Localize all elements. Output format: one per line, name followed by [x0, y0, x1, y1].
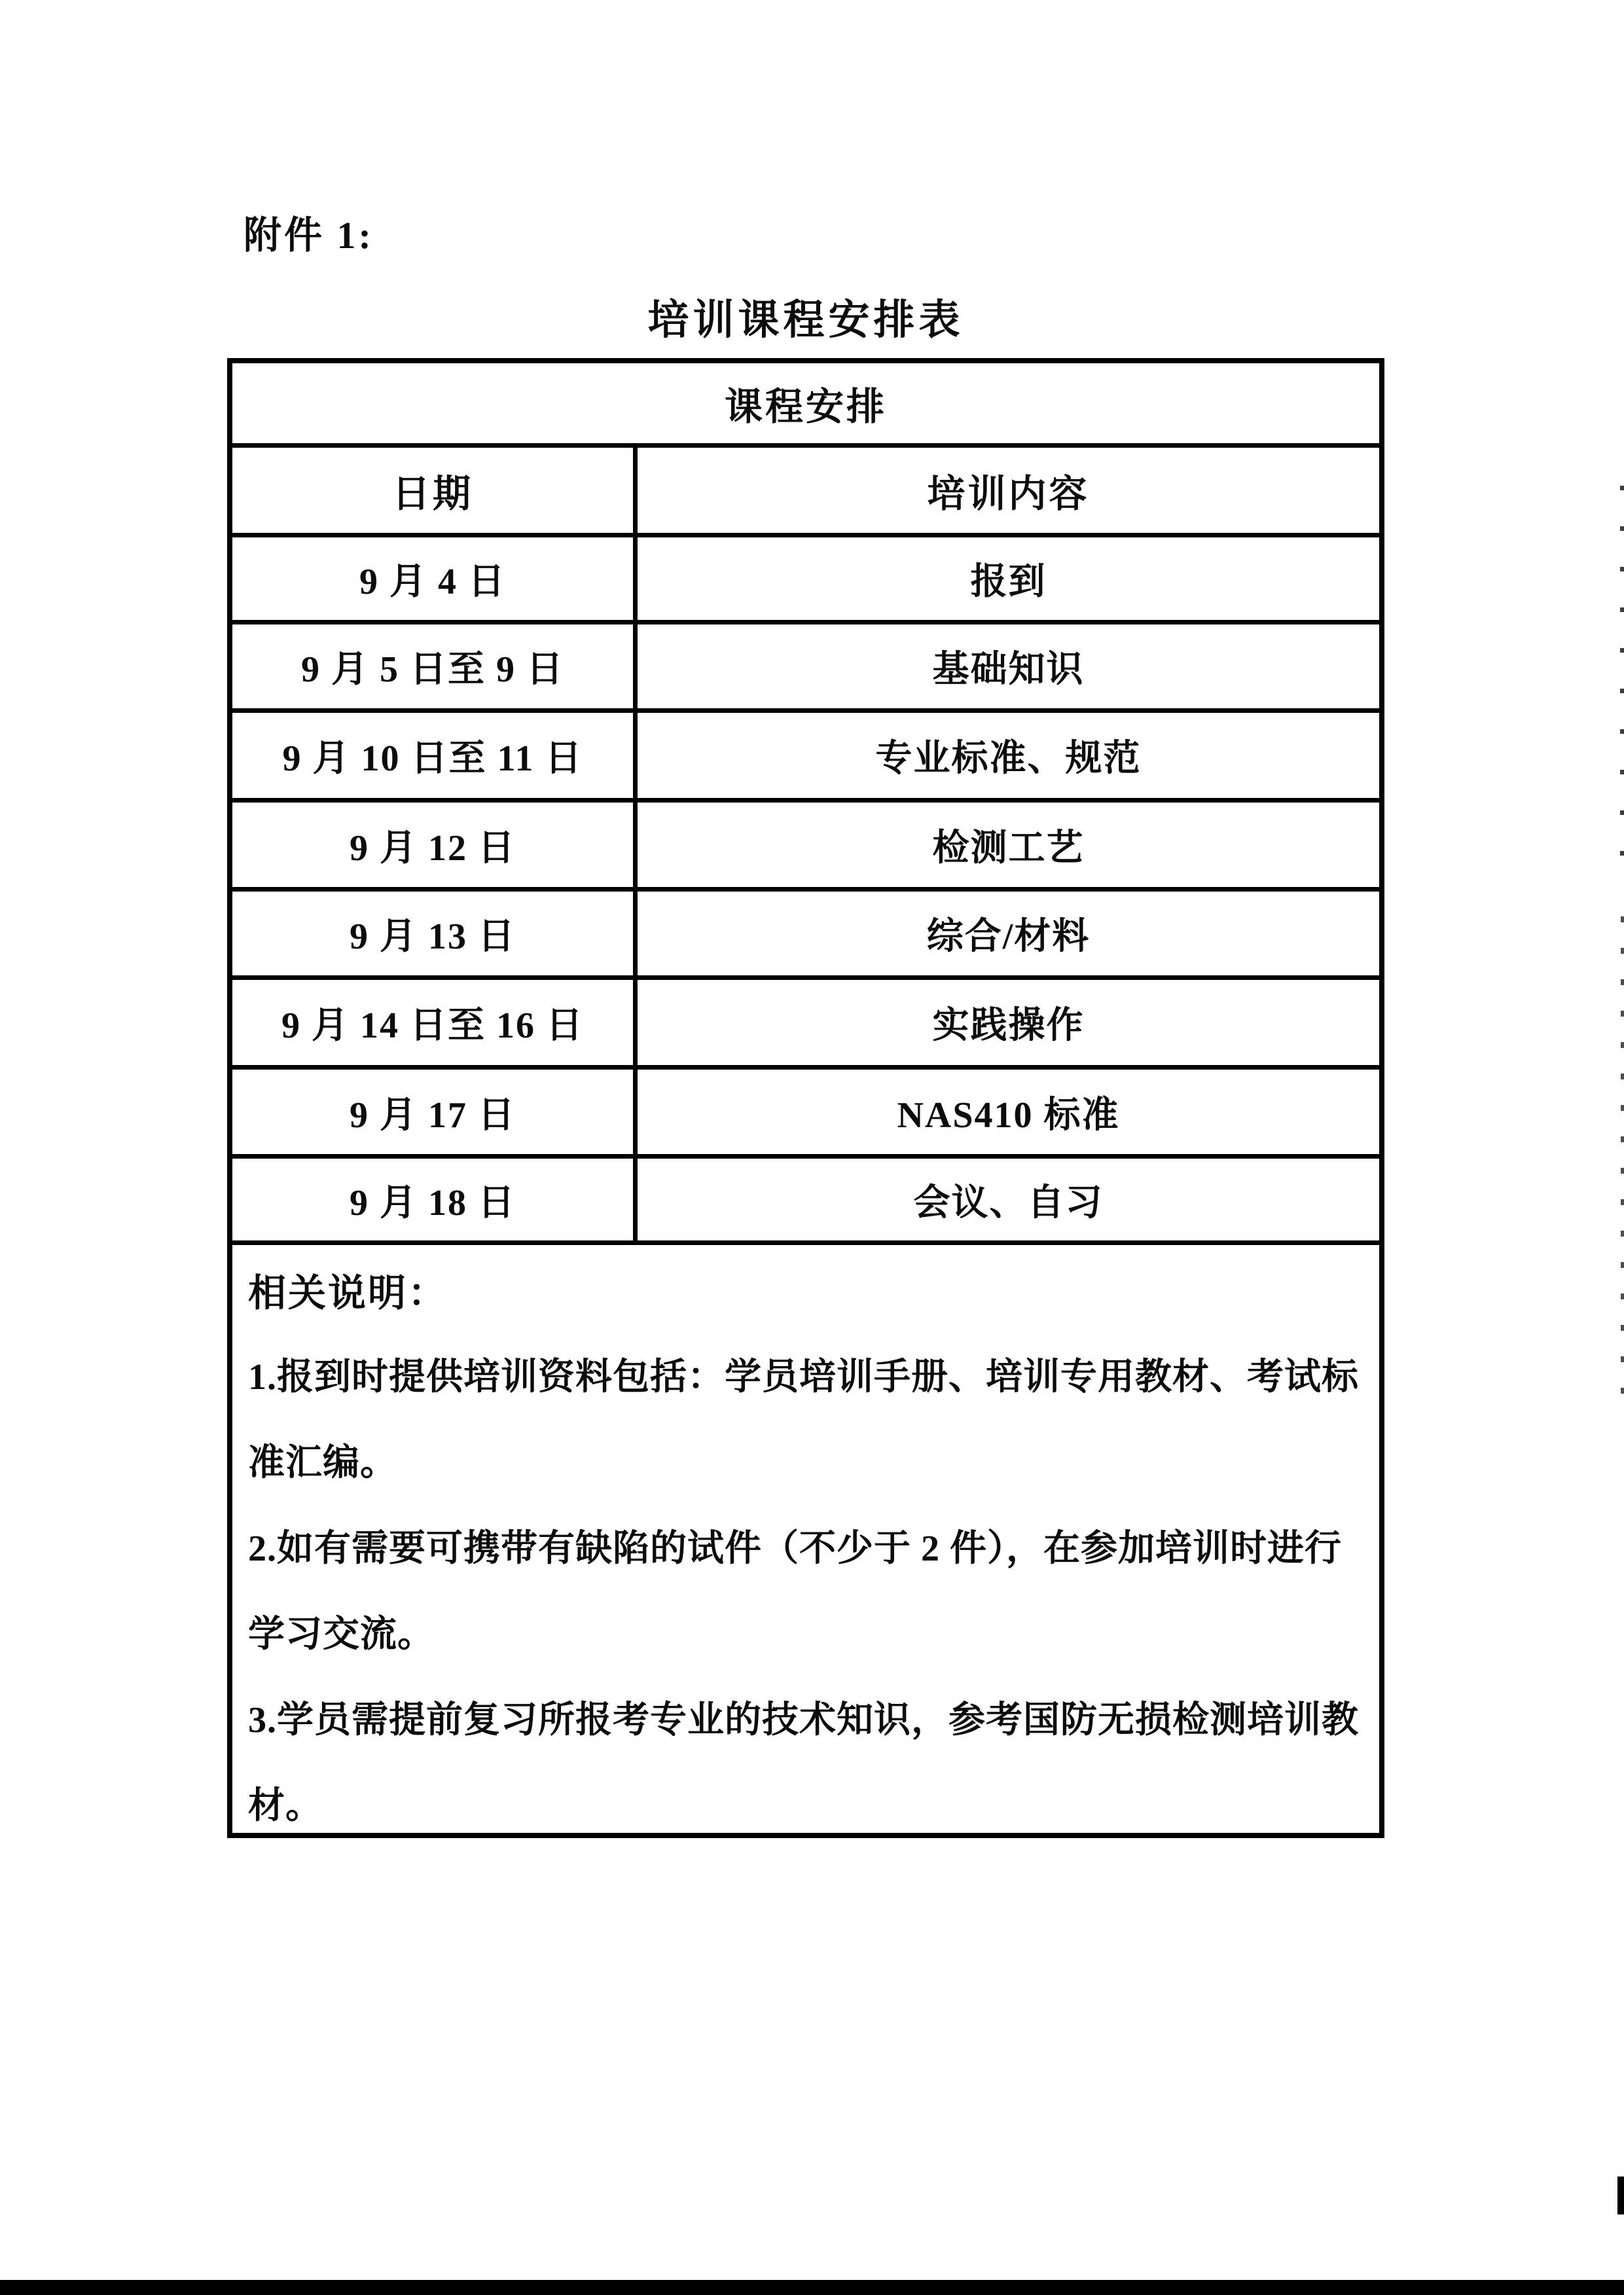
- scan-artifact-bottom-bar: [0, 2280, 1624, 2295]
- row-date: 9 月 13 日: [232, 892, 638, 975]
- row-content: 基础知识: [638, 624, 1379, 708]
- row-content: 报到: [638, 537, 1379, 620]
- note-line: 学习交流。: [248, 1605, 1360, 1691]
- scan-artifact-corner-mark: [1617, 2177, 1624, 2214]
- table-row: 9 月 18 日 会议、自习: [232, 1159, 1379, 1245]
- page-title: 培训课程安排表: [227, 287, 1384, 346]
- note-line: 3.学员需提前复习所报考专业的技术知识，参考国防无损检测培训教: [248, 1691, 1360, 1777]
- row-content: 会议、自习: [638, 1159, 1379, 1240]
- column-header-date: 日期: [232, 448, 638, 533]
- table-column-header-row: 日期 培训内容: [232, 448, 1379, 537]
- attachment-label: 附件 1:: [244, 204, 374, 259]
- scanned-document-page: { "page": { "attachment_label": "附件 1:",…: [0, 0, 1624, 2295]
- row-date: 9 月 4 日: [232, 537, 638, 620]
- row-content: NAS410 标准: [638, 1070, 1379, 1154]
- table-row: 9 月 14 日至 16 日 实践操作: [232, 980, 1379, 1070]
- table-row: 9 月 12 日 检测工艺: [232, 803, 1379, 892]
- note-line: 2.如有需要可携带有缺陷的试件（不少于 2 件），在参加培训时进行: [248, 1519, 1360, 1605]
- table-row: 9 月 17 日 NAS410 标准: [232, 1070, 1379, 1159]
- row-date: 9 月 5 日至 9 日: [232, 624, 638, 708]
- table-merged-header: 课程安排: [725, 376, 887, 431]
- note-line: 准汇编。: [248, 1434, 1360, 1519]
- table-row: 9 月 5 日至 9 日 基础知识: [232, 624, 1379, 713]
- table-merged-header-row: 课程安排: [232, 363, 1379, 448]
- note-line: 1.报到时提供培训资料包括：学员培训手册、培训专用教材、考试标: [248, 1348, 1360, 1434]
- table-row: 9 月 4 日 报到: [232, 537, 1379, 624]
- scan-artifact-right-edge-ticks: [1621, 916, 1624, 1414]
- row-date: 9 月 14 日至 16 日: [232, 980, 638, 1065]
- row-date: 9 月 12 日: [232, 803, 638, 887]
- notes-heading: 相关说明：: [248, 1262, 1360, 1348]
- column-header-content: 培训内容: [638, 448, 1379, 533]
- notes-cell: 相关说明： 1.报到时提供培训资料包括：学员培训手册、培训专用教材、考试标 准汇…: [232, 1245, 1379, 1862]
- row-content: 专业标准、规范: [638, 713, 1379, 798]
- scan-artifact-right-edge-ticks: [1620, 486, 1624, 892]
- table-row: 9 月 13 日 综合/材料: [232, 892, 1379, 980]
- row-date: 9 月 18 日: [232, 1159, 638, 1240]
- note-line: 材。: [248, 1777, 1360, 1862]
- row-content: 综合/材料: [638, 892, 1379, 975]
- course-schedule-table: 课程安排 日期 培训内容 9 月 4 日 报到 9 月 5 日至 9 日 基础知…: [227, 358, 1384, 1838]
- row-content: 检测工艺: [638, 803, 1379, 887]
- table-row: 9 月 10 日至 11 日 专业标准、规范: [232, 713, 1379, 803]
- row-date: 9 月 17 日: [232, 1070, 638, 1154]
- row-date: 9 月 10 日至 11 日: [232, 713, 638, 798]
- row-content: 实践操作: [638, 980, 1379, 1065]
